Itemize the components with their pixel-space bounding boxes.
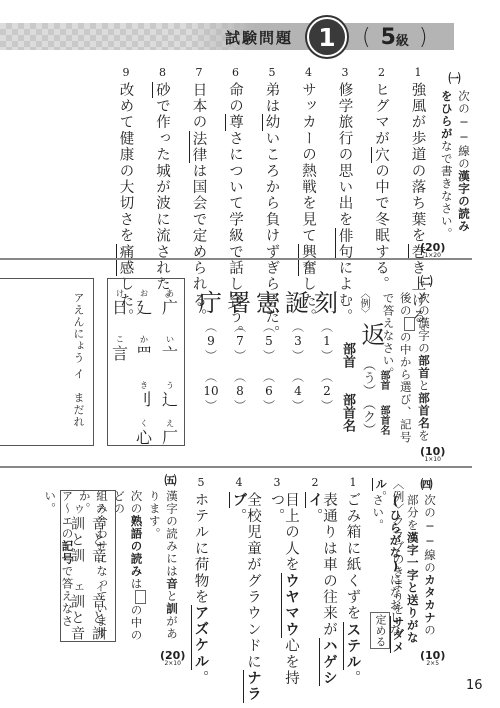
answer-blank[interactable]: ︵6︶ (260, 370, 278, 413)
question-number: 2 (307, 476, 323, 489)
page-title: 試験問題 (225, 27, 293, 48)
example-answer-box: 定める (370, 612, 390, 649)
radical-choice: き刂 (134, 382, 154, 408)
question-text: 全校児童がグラウンドにナラブ。 (231, 492, 260, 708)
example-bushu-answer: ︵う︶︵ク︶ (358, 358, 377, 436)
question-number: 5 (193, 476, 209, 489)
option-i: イ音と訓 (88, 582, 108, 642)
section-1-instruction: 次の──線の漢字の読みをひらがなで書きなさい。 (432, 90, 472, 240)
target-kanji: 署 (227, 283, 251, 318)
question-text: 目上の人をウヤマウ心を持つ。 (269, 492, 298, 708)
radical-choice: い亠 (160, 336, 180, 362)
divider (0, 466, 472, 468)
col-label-bushumei: 部首名 (338, 393, 357, 432)
example-bushu-label: 部首 (376, 370, 391, 390)
section-2-score: (10) 1×10 (420, 446, 445, 463)
radical-choice: か罒 (134, 336, 154, 362)
radical-choice: こ言 (110, 336, 130, 362)
answer-blank[interactable]: ︵8︶ (231, 370, 249, 413)
grade-label: ( 5 級 ) (362, 22, 428, 52)
section-2-instruction: 次の漢字の部首と部首名を後のの中から選び、記号で答えなさい。 (384, 292, 432, 447)
question-number: 2 (374, 66, 390, 79)
question-text: ごみ箱に紙くずをステル。 (345, 492, 360, 686)
answer-blank[interactable]: ︵5︶ (260, 320, 278, 363)
radical-choice: え厂 (160, 420, 180, 446)
name-choice-i: イ まだれ (70, 368, 86, 428)
example-kanji: 返 (354, 322, 389, 346)
question-number: 1 (345, 476, 361, 489)
section-4-score: (10) 2×5 (420, 650, 445, 667)
question-number: 4 (301, 66, 317, 79)
target-kanji: 庁 (198, 283, 222, 318)
answer-blank[interactable]: ︵10︶ (202, 370, 220, 413)
example-bushumei-label: 部首名 (376, 405, 391, 435)
question-text: 表通りは車の往来がハゲシイ。 (307, 492, 336, 708)
question-number: 4 (231, 476, 247, 489)
section-5-label: ㈤ (162, 474, 179, 486)
question-text: ヒグマが穴の中で冬眠する。 (374, 82, 389, 293)
section-4-label: ㈣ (418, 478, 435, 490)
question-number: 3 (269, 476, 285, 489)
radical-choice: お廴 (134, 290, 154, 316)
option-u: ウ訓と訓 (67, 504, 87, 564)
answer-blank[interactable]: ︵2︶ (318, 370, 336, 413)
col-label-bushu: 部首 (338, 342, 357, 368)
section-2-label: ㈡ (418, 275, 435, 287)
example-label: 〈例〉 (356, 288, 371, 318)
section-5-score: (20) 2×10 (160, 650, 185, 667)
question-number: 3 (337, 66, 353, 79)
divider (0, 258, 472, 260)
page-number: 16 (466, 678, 483, 693)
test-number-badge: 1 (307, 17, 347, 57)
question-number: 1 (410, 66, 426, 79)
name-choice-a: アえんにょう (70, 292, 86, 364)
question-text: ホテルに荷物をアズケル。 (193, 492, 208, 686)
option-a: ア音と音 (88, 504, 108, 564)
radical-choice: く心 (134, 420, 154, 446)
radical-choice: け日 (110, 290, 130, 316)
question-text: 砂で作った城が波に流された。 (155, 82, 170, 309)
question-number: 9 (118, 66, 134, 79)
question-text: 修学旅行の思い出を俳句によむ。 (337, 82, 352, 325)
question-number: 5 (264, 66, 280, 79)
target-kanji: 憲 (256, 283, 280, 318)
question-number: 6 (228, 66, 244, 79)
target-kanji: 誕 (285, 283, 309, 318)
answer-blank[interactable]: ︵1︶ (318, 320, 336, 363)
answer-blank[interactable]: ︵7︶ (231, 320, 249, 363)
answer-blank[interactable]: ︵9︶ (202, 320, 220, 363)
answer-blank[interactable]: ︵3︶ (289, 320, 307, 363)
section-5-instruction: 漢字の読みには音と訓があります。 次の熟語の読みはの中のどの 組み合わせになって… (120, 490, 180, 650)
option-e: エ訓と音 (67, 582, 87, 642)
section-1-label: ㈠ (446, 72, 463, 84)
radical-choice: あ广 (160, 290, 180, 316)
question-number: 7 (191, 66, 207, 79)
radical-choice: う辶 (160, 382, 180, 408)
answer-blank[interactable]: ︵4︶ (289, 370, 307, 413)
question-number: 8 (155, 66, 171, 79)
target-kanji: 刻 (314, 283, 338, 318)
